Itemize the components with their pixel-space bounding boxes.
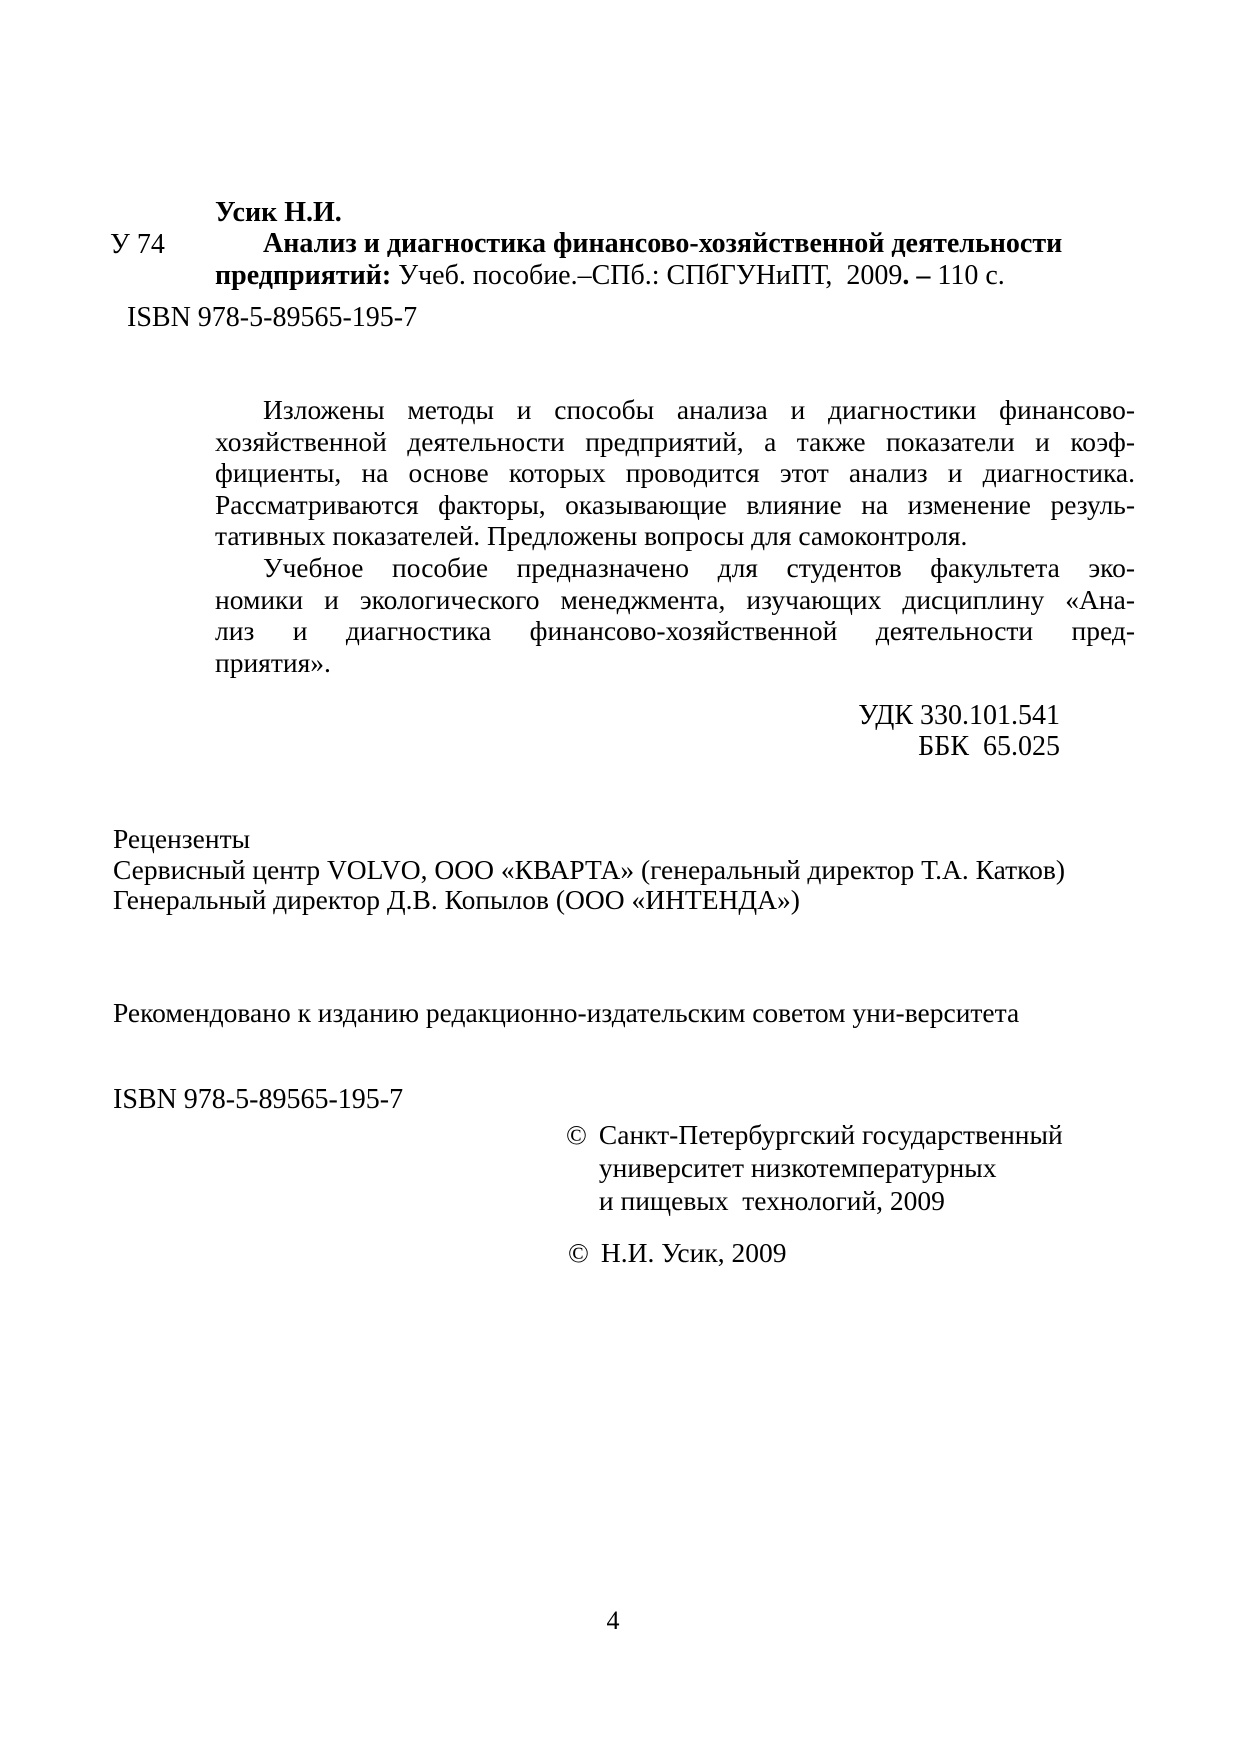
bbk-code: ББК 65.025 — [215, 731, 1060, 762]
abstract-line: хозяйственной деятельности предприятий, … — [215, 426, 1135, 458]
catalog-subtitle: предприятий: Учеб. пособие.–СПб.: СПбГУН… — [215, 260, 1005, 292]
catalog-author: Усик Н.И. — [215, 197, 342, 229]
subtitle-pages: 110 с. — [937, 260, 1004, 291]
copyright-university: © Санкт-Петербургский государственный ун… — [566, 1118, 1063, 1217]
copyright-university-line: университет низкотемпературных — [599, 1151, 1063, 1184]
copyright-author-text: Н.И. Усик, 2009 — [601, 1237, 787, 1269]
book-title: Анализ и диагностика финансово-хозяйстве… — [263, 228, 1062, 260]
recommendation-line: Рекомендовано к изданию редакционно-изда… — [113, 997, 1143, 1029]
subtitle-body: Учеб. пособие.–СПб.: СПбГУНиПТ, 2009 — [391, 260, 902, 291]
abstract-line: фициенты, на основе которых проводится э… — [215, 457, 1135, 489]
reviewer-line: Сервисный центр VOLVO, ООО «КВАРТА» (ген… — [113, 855, 1065, 886]
abstract-line: номики и экологического менеджмента, изу… — [215, 584, 1135, 616]
abstract-line: лиз и диагностика финансово-хозяйственно… — [215, 615, 1135, 647]
abstract-line: приятия». — [215, 647, 1135, 679]
subtitle-dash: . – — [902, 260, 937, 291]
copyright-university-text: Санкт-Петербургский государственный унив… — [599, 1118, 1063, 1217]
copyright-university-line: и пищевых технологий, 2009 — [599, 1184, 1063, 1217]
isbn-top: ISBN 978-5-89565-195-7 — [127, 302, 417, 334]
book-imprint-page: Усик Н.И. У 74 Анализ и диагностика фина… — [0, 0, 1241, 1755]
reviewers-block: Рецензенты Сервисный центр VOLVO, ООО «К… — [113, 824, 1065, 916]
abstract-block: Изложены методы и способы анализа и диаг… — [215, 394, 1135, 678]
subtitle-lead: предприятий: — [215, 260, 391, 291]
reviewer-line: Генеральный директор Д.В. Копылов (ООО «… — [113, 885, 1065, 916]
udk-code: УДК 330.101.541 — [215, 700, 1060, 731]
reviewers-heading: Рецензенты — [113, 824, 1065, 855]
abstract-line: Рассматриваются факторы, оказывающие вли… — [215, 489, 1135, 521]
copyright-author: © Н.И. Усик, 2009 — [568, 1237, 786, 1269]
classification-codes: УДК 330.101.541 ББК 65.025 — [215, 700, 1060, 762]
isbn-bottom: ISBN 978-5-89565-195-7 — [113, 1084, 403, 1116]
abstract-line: Изложены методы и способы анализа и диаг… — [215, 394, 1135, 426]
catalog-index-code: У 74 — [110, 229, 165, 261]
abstract-line: тативных показателей. Предложены вопросы… — [215, 520, 1135, 552]
copyright-university-line: Санкт-Петербургский государственный — [599, 1118, 1063, 1151]
copyright-icon: © — [566, 1118, 587, 1151]
copyright-icon: © — [568, 1237, 589, 1269]
abstract-line: Учебное пособие предназначено для студен… — [215, 552, 1135, 584]
page-number: 4 — [113, 1606, 1113, 1636]
